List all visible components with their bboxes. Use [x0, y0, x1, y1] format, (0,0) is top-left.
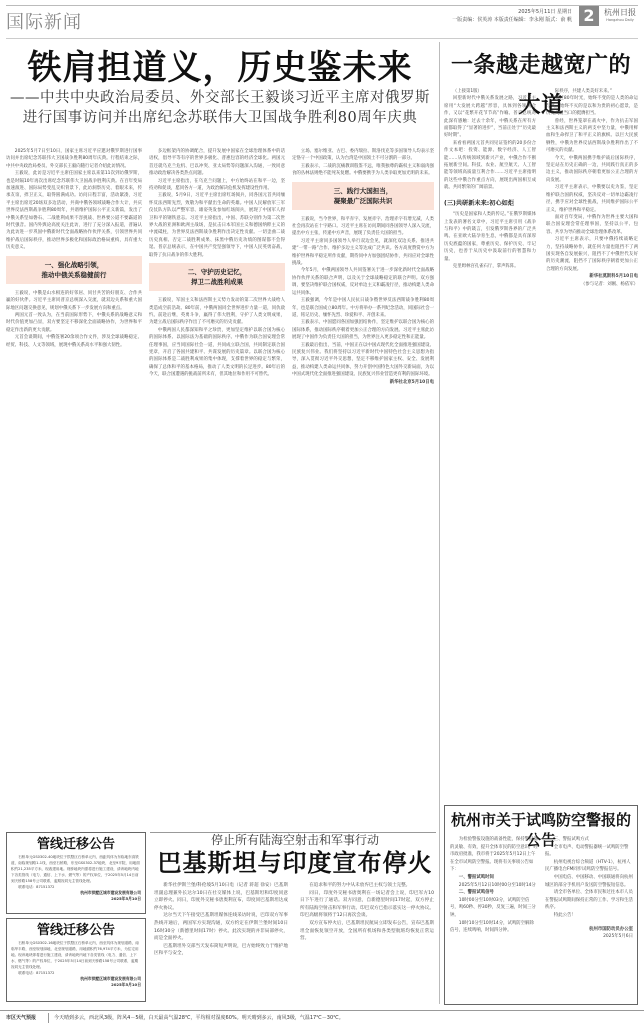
notice-signer: 杭州市国防动员办公室 [545, 926, 633, 934]
paragraph: 王毅最后指出，当前，中国正在以中国式现代化全面推进强国建设、民族复兴伟业。我们将… [292, 342, 434, 379]
paragraph: 回望新时代中俄关系发展之路，习近平主席用“大发展大跨越”形容，具体到各领域合作，… [444, 95, 536, 139]
weather-text: 今天晴到多云，西北风3级，阵风4－5级，白天最高气温28℃，平均相对湿度60%。… [54, 1011, 344, 1024]
paragraph: 新华社伊斯兰堡/科伦坡5月10日电（记者 蒋超 徐安）巴基斯坦副总理兼外长达尔1… [154, 882, 288, 912]
paragraph: 穿过80年时光，始终不变的是人类的命运与共，始终不灭的是以和为贵的初心愿景，是历… [546, 95, 638, 117]
main-subhead-line1: ——中共中央政治局委员、外交部长王毅谈习近平主席对俄罗斯 [6, 88, 434, 108]
date-line: 2025年5月11日 星期日 [452, 8, 572, 16]
notice-paragraph: 全市电声、电动警报器统一试鸣防空警报。 [545, 844, 633, 859]
air-raid-notice: 杭州市关于试鸣防空警报的公告 为检验警报设施的战备性能，保持警报器的灵敏、有效，… [444, 805, 638, 1005]
notice-paragraph: 为检验警报设施的战备性能，保持警报器的灵敏、有效，提升全体市民的防空意识，经市政… [450, 836, 538, 874]
pipe-notice-1: 管线迁移公告 石桥单元GS0302-40地块位于拱墅区石桥单元内，西距具体为东临… [6, 832, 146, 914]
main-article-col3: 立场。塞尔维亚、古巴、委内瑞拉、斯洛伐克等多国领导人均表示坚定恪守一个中国政策，… [292, 148, 434, 826]
continued-note: （上接第1版） [444, 88, 536, 95]
paragraph: 际秩序，共建人类美好未来。” [546, 88, 638, 95]
editors-line: 一版责编：侯英涛 本版责任编辑：李永刚 版式：俞 帆 [452, 16, 572, 24]
paragraph: 双方宣布停火后，巴基斯坦民航局立即发布公告，宣布巴基斯坦全面恢复领空开放，全国所… [300, 920, 434, 943]
paragraph: 王毅说，当今世界，和平赤字、发展赤字、治理赤字有增无减，人类社会再次站在十字路口… [292, 216, 434, 238]
notice-heading: 一、警报试鸣时间 [450, 874, 538, 882]
paragraph: 曾经，世界笼罩在战火中，作为抗击军国主义和法西斯主义的两支中坚力量，中俄用鲜血和… [546, 118, 638, 155]
paragraph: 在追求和平的努力中从未放弃巴主权与领土完整。 [300, 882, 434, 890]
section-title: 国际新闻 [6, 8, 82, 34]
ceasefire-col2: 在追求和平的努力中从未放弃巴主权与领土完整。 同日，印度外交秘书唐奥利在一场记者… [300, 882, 434, 1006]
main-headline: 铁肩担道义，历史鉴未来 [6, 48, 434, 88]
pipe-notice-2: 管线迁移公告 石桥单元GS0302-16地块位于拱墅区石桥单元内，西至具体为规划… [6, 918, 146, 1002]
section-heading-line: 二、守护历史记忆， [149, 267, 285, 277]
pipe-notice-title: 管线迁移公告 [11, 836, 141, 854]
paragraph: 同日，印度外交秘书唐奥利在一场记者会上说，印巴军方10日下午进行了通话。双方同意… [300, 890, 434, 920]
paragraph: 来看看两国元首共同见证签约的20多份合作文本吧：投资、能源、数字经济、人工智能…… [444, 140, 536, 192]
newspaper-logo: 杭州日报 Hangzhou Daily [602, 7, 638, 22]
paragraph: 克里姆林宫孔雀石厅，掌声阵阵。 [444, 263, 536, 270]
pipe-notice-date: 2025年5月10日 [11, 982, 141, 988]
paragraph: 中俄两国人民都深知和平之珍贵，更加坚定维护以联合国为核心的国际体系、以国际法为基… [149, 327, 285, 379]
notice-paragraph: 2025年5月12日10时00分至10时14分 [450, 882, 538, 890]
paragraph: 习近平主席指出，在乌克兰问题上，中方始终站在和平一边，坚持劝和促谈，愿同各方一道… [149, 178, 285, 193]
notice-paragraph: 中国电信、中国移动、中国联通将向杭州城区的部分手机用户发送防空警报短信息。 [545, 874, 633, 889]
column-divider [439, 42, 440, 1004]
section-heading-line: 推动中俄关系稳健前行 [6, 270, 142, 280]
paragraph: 习近平主席表示，只要中俄持续战略定力，坚持战略协作，就任何力量也阻挡不了两国实现… [546, 236, 638, 273]
paragraph: 王毅说，5月9日，习近平主席出席红场阅兵，同各国元首共同缅怀反法西斯先烈，致敬为… [149, 192, 285, 259]
ceasefire-headline: 巴基斯坦与印度宣布停火 [154, 848, 436, 878]
paragraph: 达尔当天下午接受巴基斯坦媒体连线采访时说，巴印双方军事热线开通后，两国军方实现沟… [154, 912, 288, 942]
ceasefire-kicker: 停止所有陆海空射击和军事行动 [154, 832, 436, 848]
side-subheading: (三)共研新未来:初心如炬 [444, 200, 536, 207]
logo-cn: 杭州日报 [602, 7, 638, 18]
masthead-meta: 2025年5月11日 星期日 一版责编：侯英涛 本版责任编辑：李永刚 版式：俞 … [452, 8, 572, 24]
weather-label: 市区天气预报 [6, 1011, 36, 1024]
paragraph: 习近平主席表示，中俄要以史为鉴，坚定维护联合国的权威，坚决反对一切单边霸凌行径，… [546, 184, 638, 214]
pipe-notice-body: 石桥单元GS0302-40地块位于拱墅区石桥单元内，西距具体为东临地东高铁道，南… [11, 854, 141, 884]
section-heading-line: 三、践行大国担当， [292, 186, 434, 196]
paragraph: 2025年5月7日至10日，国家主席习近平应邀对俄罗斯进行国事访问并出席纪念苏联… [6, 148, 142, 170]
section-heading-1: 一、强化战略引领， 推动中俄关系稳健前行 [6, 256, 142, 284]
paragraph: 王毅说，此访是习近平主席任国家主席以来第11次到访俄罗斯，也是时隔10年再次出席… [6, 170, 142, 251]
dateline: 新华社北京5月10日电 [292, 379, 434, 386]
main-article: 铁肩担道义，历史鉴未来 ——中共中央政治局委员、外交部长王毅谈习近平主席对俄罗斯… [6, 42, 434, 128]
paragraph: “历史是国家和人类的传记。”在俄罗斯媒体上发表的署名文章中，习近平主席引用《战争… [444, 211, 536, 263]
reporters: （参与记者：刘刚、杨依军） [546, 281, 638, 288]
notice-paragraph: 请全市各单位、全体市民和过往本市人员在警报试鸣期间保持正常的工作、学习和生活秩序… [545, 889, 633, 912]
paragraph: 王毅说，军国主义和法西斯主义势力发动的第二次世界大战给人类造成空前浩劫。80年前… [149, 297, 285, 327]
notice-paragraph: 杭州电视台综合频道（HTV-1），杭州人民广播电台FM同步试鸣防空警报信号。 [545, 859, 633, 874]
ceasefire-col1: 新华社伊斯兰堡/科伦坡5月10日电（记者 蒋超 徐安）巴基斯坦副总理兼外长达尔1… [154, 882, 288, 1006]
weather-divider [48, 1013, 49, 1023]
paragraph: 元首会谈期间，中俄签署20余项合作文件，涉及全球战略稳定、经贸、科技、人文等领域… [6, 334, 142, 349]
paragraph: 面对百年变局，中俄作为世界主要大国和联合国安理会常任理事国，坚持以公平、包容、共… [546, 214, 638, 236]
notice-heading: 三、警报试鸣方式 [545, 836, 633, 844]
main-article-col2: 多边框架内的协调配合，提升发展中国家在全球治理体系中的话语权，倡导平等有序的世界… [149, 148, 285, 820]
pipe-notice-date: 2025年5月10日 [11, 896, 141, 902]
section-heading-3: 三、践行大国担当， 凝聚最广泛国际共识 [292, 182, 434, 210]
paragraph: 习近平主席同多国领导人举行双边会见，就深化双边关系、推进共建“一带一路”合作、维… [292, 238, 434, 268]
weather-bar: 市区天气预报 今天晴到多云，西北风3级，阵风4－5级，白天最高气温28℃，平均相… [0, 1010, 644, 1024]
logo-en: Hangzhou Daily [602, 18, 638, 22]
paragraph: 王毅强调，今年是中国人民抗日战争暨世界反法西斯战争胜利80周年，也是联合国成立8… [292, 297, 434, 319]
section-heading-line: 凝聚最广泛国际共识 [292, 196, 434, 206]
top-rule [6, 5, 638, 6]
section-heading-line: 捍卫二战胜利成果 [149, 277, 285, 287]
paragraph: 王毅说，中俄是山水相连的好邻居、同甘共苦的好朋友、合作共赢的好伙伴。习近平主席同… [6, 290, 142, 312]
dateline: 新华社莫斯科5月10日电 [546, 273, 638, 280]
notice-date: 2025年5月6日 [545, 933, 633, 941]
page-number: 2 [579, 6, 599, 26]
paragraph: 两国元首一致认为，在当前国际形势下，中俄关系的战略意义和时代价值更加凸显，双方要… [6, 312, 142, 334]
side-article-col2: 际秩序，共建人类美好未来。” 穿过80年时光，始终不变的是人类的命运与共，始终不… [546, 88, 638, 800]
ceasefire-article: 停止所有陆海空射击和军事行动 巴基斯坦与印度宣布停火 新华社伊斯兰堡/科伦坡5月… [154, 832, 436, 878]
paragraph: 今年5月，中俄两国领导人共同签署关于进一步深化新时代全面战略协作伙伴关系的联合声… [292, 267, 434, 297]
section-heading-line: 一、强化战略引领， [6, 260, 142, 270]
notice-paragraph: 特此公告！ [545, 912, 633, 920]
pipe-notice-body: 石桥单元GS0302-16地块位于拱墅区石桥单元内，西至具体为规划道路，南临华丰… [11, 940, 141, 970]
paragraph: 立场。塞尔维亚、古巴、委内瑞拉、斯洛伐克等多国领导人均表示坚定恪守一个中国政策，… [292, 148, 434, 163]
main-article-col1: 2025年5月7日至10日，国家主席习近平应邀对俄罗斯进行国事访问并出席纪念苏联… [6, 148, 142, 820]
notice-col1: 为检验警报设施的战备性能，保持警报器的灵敏、有效，提升全体市民的防空意识，经市政… [450, 836, 538, 935]
notice-col2: 三、警报试鸣方式 全市电声、电动警报器统一试鸣防空警报。 杭州电视台综合频道（H… [545, 836, 633, 941]
side-article-col1: （上接第1版） 回望新时代中俄关系发展之路，习近平主席用“大发展大跨越”形容，具… [444, 88, 536, 800]
paragraph: 今天，中俄两国携手维护战后国际秩序，坚定站在历史正确的一边，共同践行真正的多边主… [546, 155, 638, 185]
notice-paragraph: 10时00分至10时03分，试鸣防空信号，鸣60秒、停30秒，反复三遍，时间三分… [450, 897, 538, 920]
notice-heading: 二、警报试鸣信号 [450, 889, 538, 897]
paragraph: 王毅表示，中国愿同各国加强团结协作，坚定维护以联合国为核心的国际体系，推动国际秩… [292, 319, 434, 341]
masthead: 国际新闻 2025年5月11日 星期日 一版责编：侯英涛 本版责任编辑：李永刚 … [0, 0, 644, 40]
main-subhead-line2: 进行国事访问并出席纪念苏联伟大卫国战争胜利80周年庆典 [6, 108, 434, 128]
masthead-rule [6, 38, 638, 39]
section-heading-2: 二、守护历史记忆， 捍卫二战胜利成果 [149, 263, 285, 291]
paragraph: 王毅表示，二战的沉痛教训殷鉴不远，唯我独尊的霸权主义和弱肉强食的丛林法则绝不能死… [292, 163, 434, 178]
paragraph: 巴基斯坦外交部当天发布简短声明说，巴方始终致力于维护地区和平与安全， [154, 943, 288, 958]
paragraph: 多边框架内的协调配合，提升发展中国家在全球治理体系中的话语权，倡导平等有序的世界… [149, 148, 285, 178]
notice-paragraph: 10时10分至10时14分，试鸣防空解除信号，连续鸣响，时间四分钟。 [450, 920, 538, 935]
pipe-notice-title: 管线迁移公告 [11, 922, 141, 940]
